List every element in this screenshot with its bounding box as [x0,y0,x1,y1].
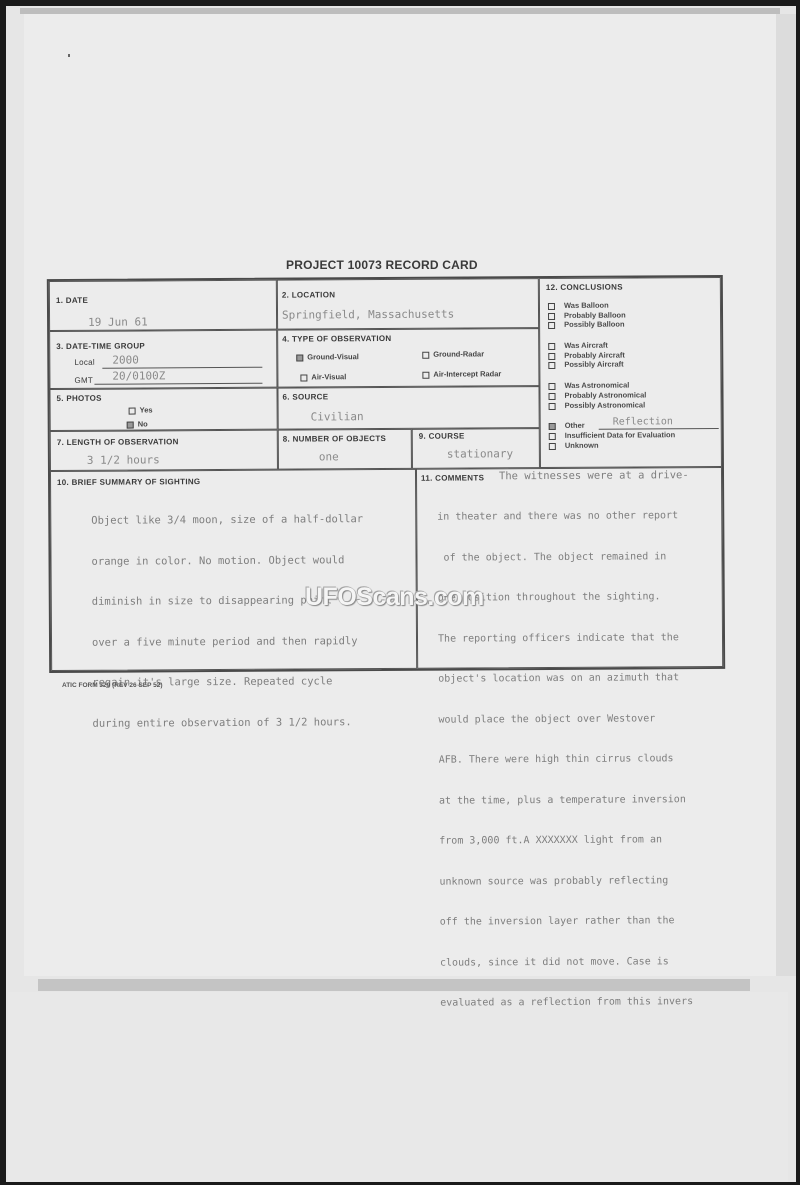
conclusion-label: Insufficient Data for Evaluation [565,430,675,440]
gmt-value: 20/0100Z [112,369,165,382]
local-underline [102,367,262,369]
checkbox-icon [548,312,555,319]
option-photos-no[interactable]: No [127,419,148,428]
checkbox-checked-icon [127,421,134,428]
date-time-group-label: 3. DATE-TIME GROUP [56,341,145,351]
page-right-edge [776,14,796,976]
option-label: Air-Visual [311,372,346,381]
conclusion-label: Other [565,421,585,430]
brief-summary-cell: 10. BRIEF SUMMARY OF SIGHTING Object lik… [50,469,417,671]
conclusion-other[interactable]: Other [549,421,585,430]
number-of-objects-label: 8. NUMBER OF OBJECTS [283,434,386,444]
checkbox-icon [548,382,555,389]
conclusion-label: Possibly Aircraft [564,360,623,369]
source-value: Civilian [311,410,364,423]
comment-line: clouds, since it did not move. Case is [440,955,693,970]
record-card: 1. DATE 19 Jun 61 2. LOCATION Springfiel… [47,275,725,673]
comment-line: at the time, plus a temperature inversio… [439,793,692,808]
comment-line: from 3,000 ft.A XXXXXXX light from an [439,833,692,848]
course-value: stationary [447,447,513,460]
comments-label: 11. COMMENTS [421,473,484,482]
comment-line: The reporting officers indicate that the [438,631,691,646]
conclusion-possibly-aircraft[interactable]: Possibly Aircraft [548,360,623,369]
checkbox-icon [422,371,429,378]
option-ground-radar[interactable]: Ground-Radar [422,349,484,358]
comments-first-line: The witnesses were at a drive- [499,469,689,482]
conclusion-possibly-astronomical[interactable]: Possibly Astronomical [549,400,646,410]
checkbox-icon [422,351,429,358]
gmt-label: GMT [74,376,93,385]
watermark: UFOScans.com [305,583,484,612]
conclusion-label: Possibly Balloon [564,320,624,329]
source-cell: 6. SOURCE Civilian [277,386,539,430]
gmt-underline [94,383,262,385]
summary-line: orange in color. No motion. Object would [91,554,363,569]
date-label: 1. DATE [56,296,88,305]
checkbox-icon [548,352,555,359]
brief-summary-text: Object like 3/4 moon, size of a half-dol… [91,486,364,758]
option-label: Ground-Radar [433,349,484,358]
number-of-objects-value: one [319,450,339,463]
comment-line: evaluated as a reflection from this inve… [440,995,693,1010]
conclusion-possibly-balloon[interactable]: Possibly Balloon [548,320,624,329]
option-ground-visual[interactable]: Ground-Visual [296,352,359,361]
number-of-objects-cell: 8. NUMBER OF OBJECTS one [278,429,412,470]
conclusion-label: Probably Astronomical [564,390,646,399]
other-value: Reflection [613,416,673,427]
conclusions-cell: 12. CONCLUSIONS Was Balloon Probably Bal… [539,277,722,468]
local-value: 2000 [112,354,139,367]
summary-line: during entire observation of 3 1/2 hours… [92,716,364,731]
conclusion-label: Probably Aircraft [564,351,625,360]
conclusion-unknown[interactable]: Unknown [549,441,599,450]
checkbox-icon [300,374,307,381]
conclusion-insufficient-data[interactable]: Insufficient Data for Evaluation [549,430,675,440]
checkbox-icon [549,442,556,449]
option-label: Ground-Visual [307,352,359,361]
source-label: 6. SOURCE [283,392,329,401]
comment-line: off the inversion layer rather than the [440,914,693,929]
comment-line: AFB. There were high thin cirrus clouds [439,752,692,767]
conclusion-probably-astronomical[interactable]: Probably Astronomical [548,390,646,400]
local-label: Local [74,358,95,367]
date-time-group-cell: 3. DATE-TIME GROUP Local 2000 GMT 20/010… [49,330,277,389]
form-number: ATIC FORM 329 (REV 26 SEP 52) [62,682,163,689]
checkbox-icon [549,392,556,399]
location-value: Springfield, Massachusetts [282,308,454,322]
checkbox-icon [549,402,556,409]
option-label: No [138,419,148,428]
course-label: 9. COURSE [419,432,465,441]
length-of-observation-label: 7. LENGTH OF OBSERVATION [57,437,179,447]
course-cell: 9. COURSE stationary [412,428,540,469]
location-label: 2. LOCATION [282,290,335,299]
type-of-observation-cell: 4. TYPE OF OBSERVATION Ground-Visual Gro… [277,328,539,388]
photos-label: 5. PHOTOS [57,394,102,403]
conclusions-label: 12. CONCLUSIONS [546,283,623,292]
checkbox-icon [129,407,136,414]
comment-line: in theater and there was no other report [437,509,690,524]
checkbox-icon [549,432,556,439]
length-of-observation-value: 3 1/2 hours [87,453,160,466]
date-cell: 1. DATE 19 Jun 61 [49,280,277,331]
scan-speck [68,54,70,57]
card-title: PROJECT 10073 RECORD CARD [286,258,478,272]
photos-cell: 5. PHOTOS Yes No [49,388,277,431]
conclusion-was-aircraft[interactable]: Was Aircraft [548,341,608,350]
location-cell: 2. LOCATION Springfield, Massachusetts [277,278,539,330]
length-of-observation-cell: 7. LENGTH OF OBSERVATION 3 1/2 hours [50,430,278,471]
option-label: Air-Intercept Radar [433,369,501,378]
conclusion-label: Was Astronomical [564,381,629,390]
checkbox-icon [548,361,555,368]
conclusion-label: Unknown [565,441,599,450]
conclusion-was-astronomical[interactable]: Was Astronomical [548,381,629,390]
conclusion-label: Possibly Astronomical [565,400,646,409]
checkbox-checked-icon [549,422,556,429]
conclusion-label: Was Balloon [564,301,609,310]
conclusion-probably-balloon[interactable]: Probably Balloon [548,311,626,320]
checkbox-icon [548,321,555,328]
conclusion-label: Probably Balloon [564,311,626,320]
option-photos-yes[interactable]: Yes [129,405,153,414]
checkbox-checked-icon [296,354,303,361]
date-value: 19 Jun 61 [88,315,148,328]
checkbox-icon [548,342,555,349]
comment-line: unknown source was probably reflecting [439,874,692,889]
type-of-observation-label: 4. TYPE OF OBSERVATION [282,334,391,344]
option-label: Yes [140,405,153,414]
option-air-intercept-radar[interactable]: Air-Intercept Radar [422,369,501,378]
summary-line: over a five minute period and then rapid… [92,635,364,650]
conclusion-was-balloon[interactable]: Was Balloon [548,301,609,310]
conclusion-label: Was Aircraft [564,341,608,350]
brief-summary-label: 10. BRIEF SUMMARY OF SIGHTING [57,477,200,487]
summary-line: Object like 3/4 moon, size of a half-dol… [91,513,363,528]
comments-text: in theater and there was no other report… [437,482,693,1037]
comment-line: would place the object over Westover [438,712,691,727]
conclusion-probably-aircraft[interactable]: Probably Aircraft [548,351,625,360]
comments-cell: 11. COMMENTS The witnesses were at a dri… [416,467,723,669]
comment-line: of the object. The object remained in [437,550,690,565]
checkbox-icon [548,302,555,309]
comment-line: object's location was on an azimuth that [438,671,691,686]
option-air-visual[interactable]: Air-Visual [300,372,346,381]
